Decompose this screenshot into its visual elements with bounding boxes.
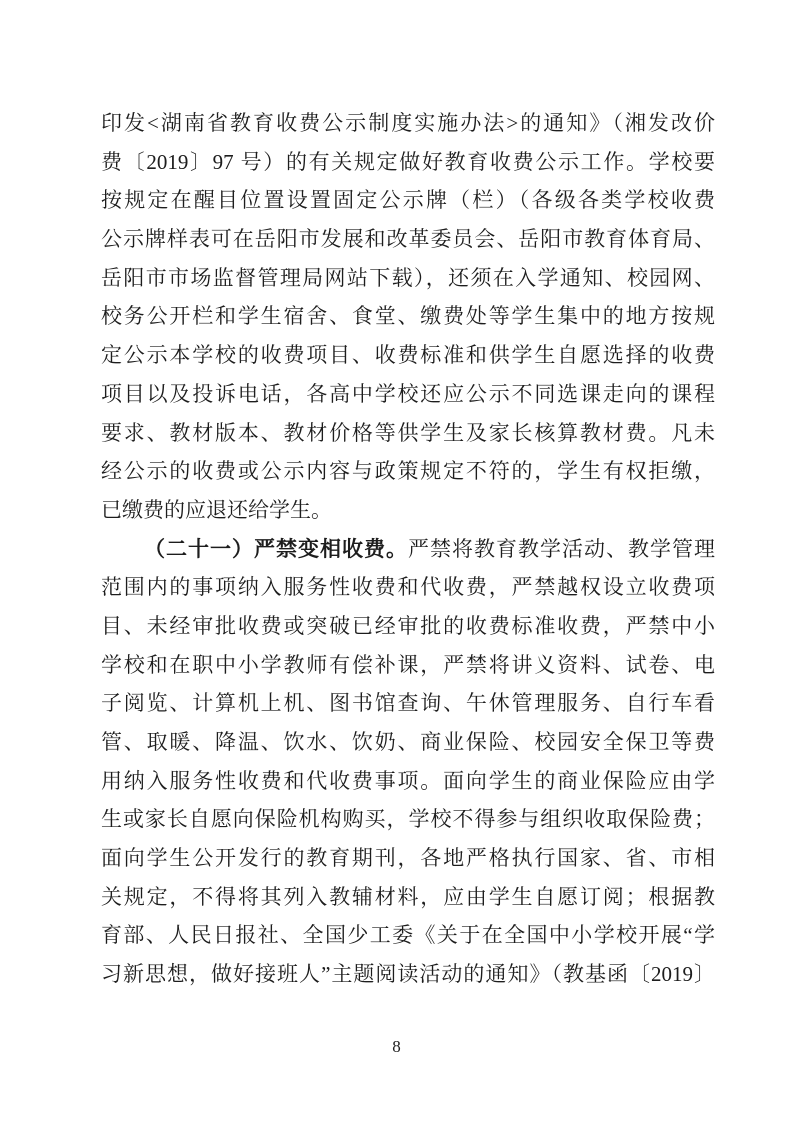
- text-line: 子阅览、计算机上机、图书馆查询、午休管理服务、自行车看: [101, 684, 715, 723]
- text-line: 管、取暖、降温、饮水、饮奶、商业保险、校园安全保卫等费: [101, 723, 715, 762]
- paragraph-21-first-line-rest: 严禁将教育教学活动、教学管理: [408, 537, 715, 561]
- text-line: 项目以及投诉电话，各高中学校还应公示不同选课走向的课程: [101, 375, 715, 414]
- text-line: 面向学生公开发行的教育期刊，各地严格执行国家、省、市相: [101, 839, 715, 878]
- text-line: 经公示的收费或公示内容与政策规定不符的，学生有权拒缴，: [101, 452, 715, 491]
- text-line: 育部、人民日报社、全国少工委《关于在全国中小学校开展“学: [101, 916, 715, 955]
- text-line: 已缴费的应退还给学生。: [101, 491, 715, 530]
- text-line: 目、未经审批收费或突破已经审批的收费标准收费，严禁中小: [101, 607, 715, 646]
- text-line: 印发<湖南省教育收费公示制度实施办法>的通知》（湘发改价: [101, 104, 715, 143]
- text-line: 费〔2019〕97 号）的有关规定做好教育收费公示工作。学校要: [101, 143, 715, 182]
- text-line: 按规定在醒目位置设置固定公示牌（栏）（各级各类学校收费: [101, 181, 715, 220]
- text-line: 公示牌样表可在岳阳市发展和改革委员会、岳阳市教育体育局、: [101, 220, 715, 259]
- text-line: 范围内的事项纳入服务性收费和代收费，严禁越权设立收费项: [101, 568, 715, 607]
- text-line: 定公示本学校的收费项目、收费标准和供学生自愿选择的收费: [101, 336, 715, 375]
- text-line: 要求、教材版本、教材价格等供学生及家长核算教材费。凡未: [101, 414, 715, 453]
- document-page: 印发<湖南省教育收费公示制度实施办法>的通知》（湘发改价 费〔2019〕97 号…: [0, 0, 793, 1122]
- document-body: 印发<湖南省教育收费公示制度实施办法>的通知》（湘发改价 费〔2019〕97 号…: [101, 104, 715, 994]
- paragraph-21-first-line: （二十一）严禁变相收费。严禁将教育教学活动、教学管理: [101, 530, 715, 569]
- page-number: 8: [0, 1036, 793, 1058]
- text-line: 用纳入服务性收费和代收费事项。面向学生的商业保险应由学: [101, 762, 715, 801]
- text-line: 生或家长自愿向保险机构购买，学校不得参与组织收取保险费；: [101, 800, 715, 839]
- text-line: 校务公开栏和学生宿舍、食堂、缴费处等学生集中的地方按规: [101, 297, 715, 336]
- paragraph-21-heading: （二十一）严禁变相收费。: [144, 537, 408, 561]
- text-line: 学校和在职中小学教师有偿补课，严禁将讲义资料、试卷、电: [101, 646, 715, 685]
- text-line: 习新思想，做好接班人”主题阅读活动的通知》（教基函〔2019〕: [101, 955, 715, 994]
- text-line: 关规定，不得将其列入教辅材料，应由学生自愿订阅；根据教: [101, 878, 715, 917]
- text-line: 岳阳市市场监督管理局网站下载），还须在入学通知、校园网、: [101, 259, 715, 298]
